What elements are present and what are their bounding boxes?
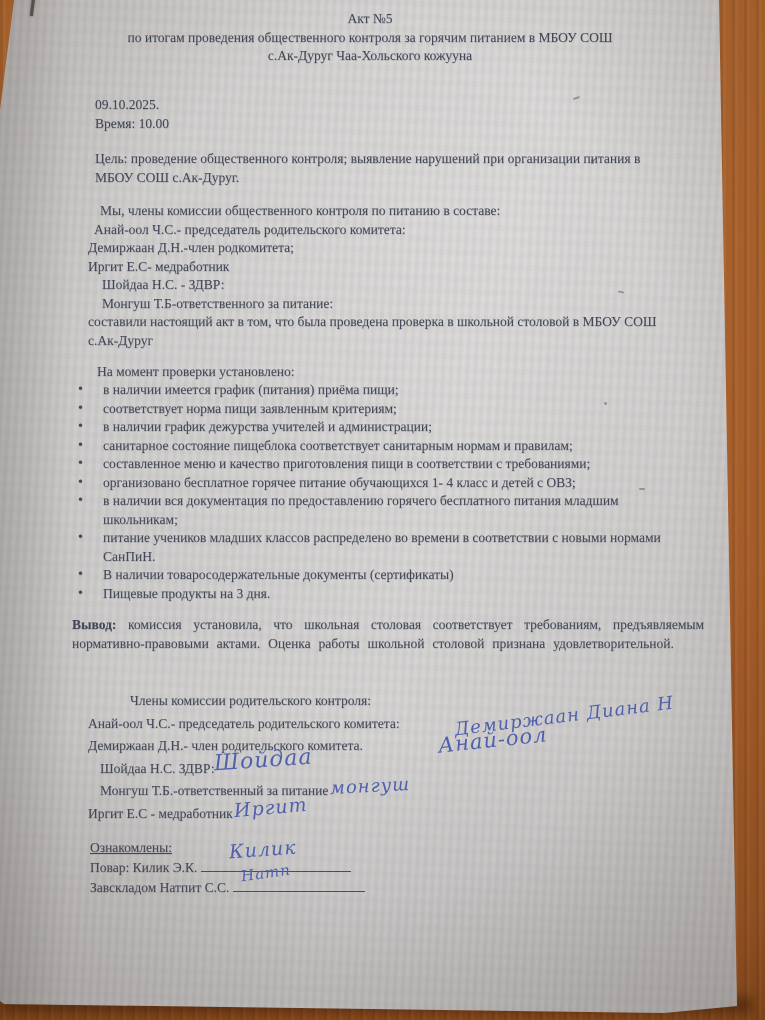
commission-member: Демиржаан Д.Н.-член родкомитета;: [88, 239, 688, 258]
signers-block: Члены комиссии родительского контроля: А…: [88, 690, 728, 825]
acknowledged-block: Ознакомлены: Повар: Килик Э.К.Килик Завс…: [90, 838, 365, 897]
date-line: 09.10.2025.: [95, 96, 169, 115]
finding-item: в наличии вся документация по предоставл…: [60, 492, 695, 529]
pen-smudge: [591, 159, 594, 164]
finding-item: организовано бесплатное горячее питание …: [60, 474, 695, 493]
document-content: Акт №5 по итогам проведения общественног…: [0, 0, 765, 1020]
acknowledged-printed: Завскладом Натпит С.С.: [90, 880, 229, 895]
document-page: Акт №5 по итогам проведения общественног…: [0, 0, 765, 1020]
finding-item: в наличии имеется график (питания) приём…: [60, 381, 695, 400]
conclusion-paragraph: Вывод: комиссия установила, что школьная…: [72, 616, 704, 653]
document-header: Акт №5 по итогам проведения общественног…: [70, 10, 670, 66]
purpose-paragraph: Цель: проведение общественного контроля;…: [95, 150, 673, 187]
findings-heading: На момент проверки установлено:: [97, 363, 295, 382]
commission-member: Шойдаа Н.С. - ЗДВР:: [88, 276, 688, 295]
pen-smudge: [639, 488, 645, 490]
commission-member: Анай-оол Ч.С.- председатель родительског…: [88, 221, 688, 240]
commission-member: Монгуш Т.Б-ответственного за питание:: [88, 295, 688, 314]
title-act-number: Акт №5: [70, 10, 670, 29]
signer-row: Анай-оол Ч.С.- председатель родительског…: [88, 713, 728, 736]
conclusion-label: Вывод:: [72, 617, 116, 632]
conclusion-text: комиссия установила, что школьная столов…: [72, 617, 704, 651]
signer-printed: Анай-оол Ч.С.- председатель родительског…: [88, 716, 400, 731]
acknowledged-printed: Повар: Килик Э.К.: [90, 860, 197, 875]
signature-handwriting: Шойдаа: [213, 746, 313, 775]
acknowledged-row: Повар: Килик Э.К.Килик: [90, 857, 365, 877]
signer-printed: Шойдаа Н.С. ЗДВР:: [100, 761, 215, 776]
commission-block: Мы, члены комиссии общественного контрол…: [88, 202, 688, 350]
finding-item: составленное меню и качество приготовлен…: [60, 455, 695, 474]
commission-member: Иргит Е.С- медработник: [88, 258, 688, 277]
finding-item: В наличии товаросодержательные документы…: [60, 566, 695, 585]
finding-item: питание учеников младших классов распред…: [60, 529, 695, 566]
signer-row: Демиржаан Д.Н.- член родительского комит…: [88, 735, 728, 758]
pen-smudge: [604, 402, 607, 405]
signer-printed: Иргит Е.С - медработник: [88, 806, 233, 821]
findings-list: в наличии имеется график (питания) приём…: [60, 381, 695, 603]
commission-intro: Мы, члены комиссии общественного контрол…: [88, 202, 688, 221]
signature-handwriting: монгуш: [329, 774, 410, 801]
pen-smudge: [573, 96, 580, 100]
acknowledged-row: Завскладом Натпит С.С.Натп: [90, 877, 365, 897]
finding-item: в наличии график дежурства учителей и ад…: [60, 418, 695, 437]
finding-item: Пищевые продукты на 3 дня.: [60, 585, 695, 604]
finding-item: соответствует норма пищи заявленным крит…: [60, 400, 695, 419]
title-subject: по итогам проведения общественного контр…: [70, 29, 670, 48]
datetime-block: 09.10.2025. Время: 10.00: [95, 96, 169, 133]
signature-line: Натп: [233, 877, 365, 892]
title-location: с.Ак-Дуруг Чаа-Хольского кожууна: [70, 47, 670, 66]
act-statement: составили настоящий акт в том, что была …: [88, 313, 676, 350]
signer-row: Монгуш Т.Б.-ответственный за питание мон…: [88, 780, 728, 803]
signer-row: Иргит Е.С - медработник Иргит: [88, 803, 728, 826]
signature-handwriting: Килик: [229, 839, 298, 863]
desk-background: Акт №5 по итогам проведения общественног…: [0, 0, 765, 1020]
time-line: Время: 10.00: [95, 115, 169, 134]
finding-item: санитарное состояние пищеблока соответст…: [60, 437, 695, 456]
